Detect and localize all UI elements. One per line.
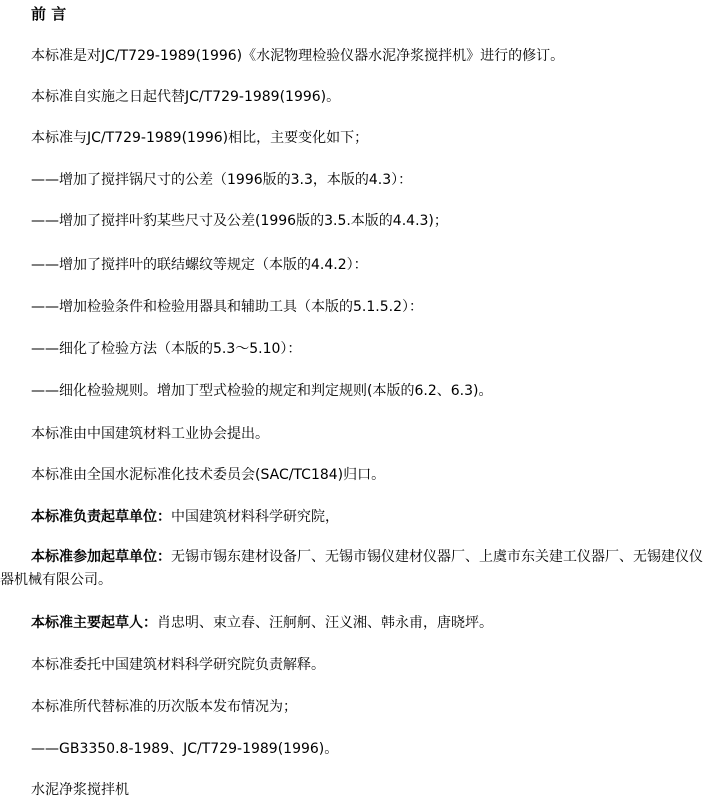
paragraph-changes-intro: 本标准与JC/T729-1989(1996)相比，主要变化如下； xyxy=(0,128,715,148)
paragraph-replaces: 本标准自实施之日起代替JC/T729-1989(1996)。 xyxy=(0,87,715,107)
label-participating-drafters: 本标准参加起草单位： xyxy=(31,549,171,565)
paragraph-lead-drafter: 本标准负责起草单位：中国建筑材料科学研究院， xyxy=(0,507,715,527)
page-title: 前 言 xyxy=(0,4,715,24)
paragraph-participating-drafters: 本标准参加起草单位：无锡市锡东建材设备厂、无锡市锡仪建材仪器厂、上虞市东关建工仪… xyxy=(0,546,715,592)
list-item-change: ——增加了搅拌叶豹某些尺寸及公差(1996版的3.5.本版的4.4.3)； xyxy=(0,211,715,231)
label-lead-drafter: 本标准负责起草单位： xyxy=(31,509,171,525)
value-main-drafters: 肖忠明、束立春、汪舸舸、汪义湘、韩永甫，唐晓坪。 xyxy=(157,615,493,631)
label-main-drafters: 本标准主要起草人： xyxy=(31,615,157,631)
paragraph-main-drafters: 本标准主要起草人：肖忠明、束立春、汪舸舸、汪义湘、韩永甫，唐晓坪。 xyxy=(0,613,715,633)
list-item-change: ——增加了搅拌锅尺寸的公差（1996版的3.3，本版的4.3）： xyxy=(0,170,715,190)
list-item-change: ——细化了检验方法（本版的5.3～5.10）： xyxy=(0,339,715,359)
list-item-change: ——细化检验规则。增加丁型式检验的规定和判定规则(本版的6.2、6.3)。 xyxy=(0,381,715,401)
section-heading: 水泥净浆搅拌机 xyxy=(0,780,715,799)
paragraph-proposed-by: 本标准由中国建筑材料工业协会提出。 xyxy=(0,424,715,444)
list-item-change: ——增加检验条件和检验用器具和辅助工具（本版的5.1.5.2）： xyxy=(0,297,715,317)
paragraph-centralized-by: 本标准由全国水泥标准化技术委员会(SAC/TC184)归口。 xyxy=(0,465,715,485)
paragraph-interpretation: 本标准委托中国建筑材料科学研究院负责解释。 xyxy=(0,655,715,675)
paragraph-revision-note: 本标准是对JC/T729-1989(1996)《水泥物理检验仪器水泥净浆搅拌机》… xyxy=(0,46,715,66)
list-item-history: ——GB3350.8-1989、JC/T729-1989(1996)。 xyxy=(0,739,715,759)
value-lead-drafter: 中国建筑材料科学研究院， xyxy=(171,509,339,525)
list-item-change: ——增加了搅拌叶的联结螺纹等规定（本版的4.4.2）： xyxy=(0,255,715,275)
paragraph-history-intro: 本标准所代替标准的历次版本发布情况为； xyxy=(0,697,715,717)
